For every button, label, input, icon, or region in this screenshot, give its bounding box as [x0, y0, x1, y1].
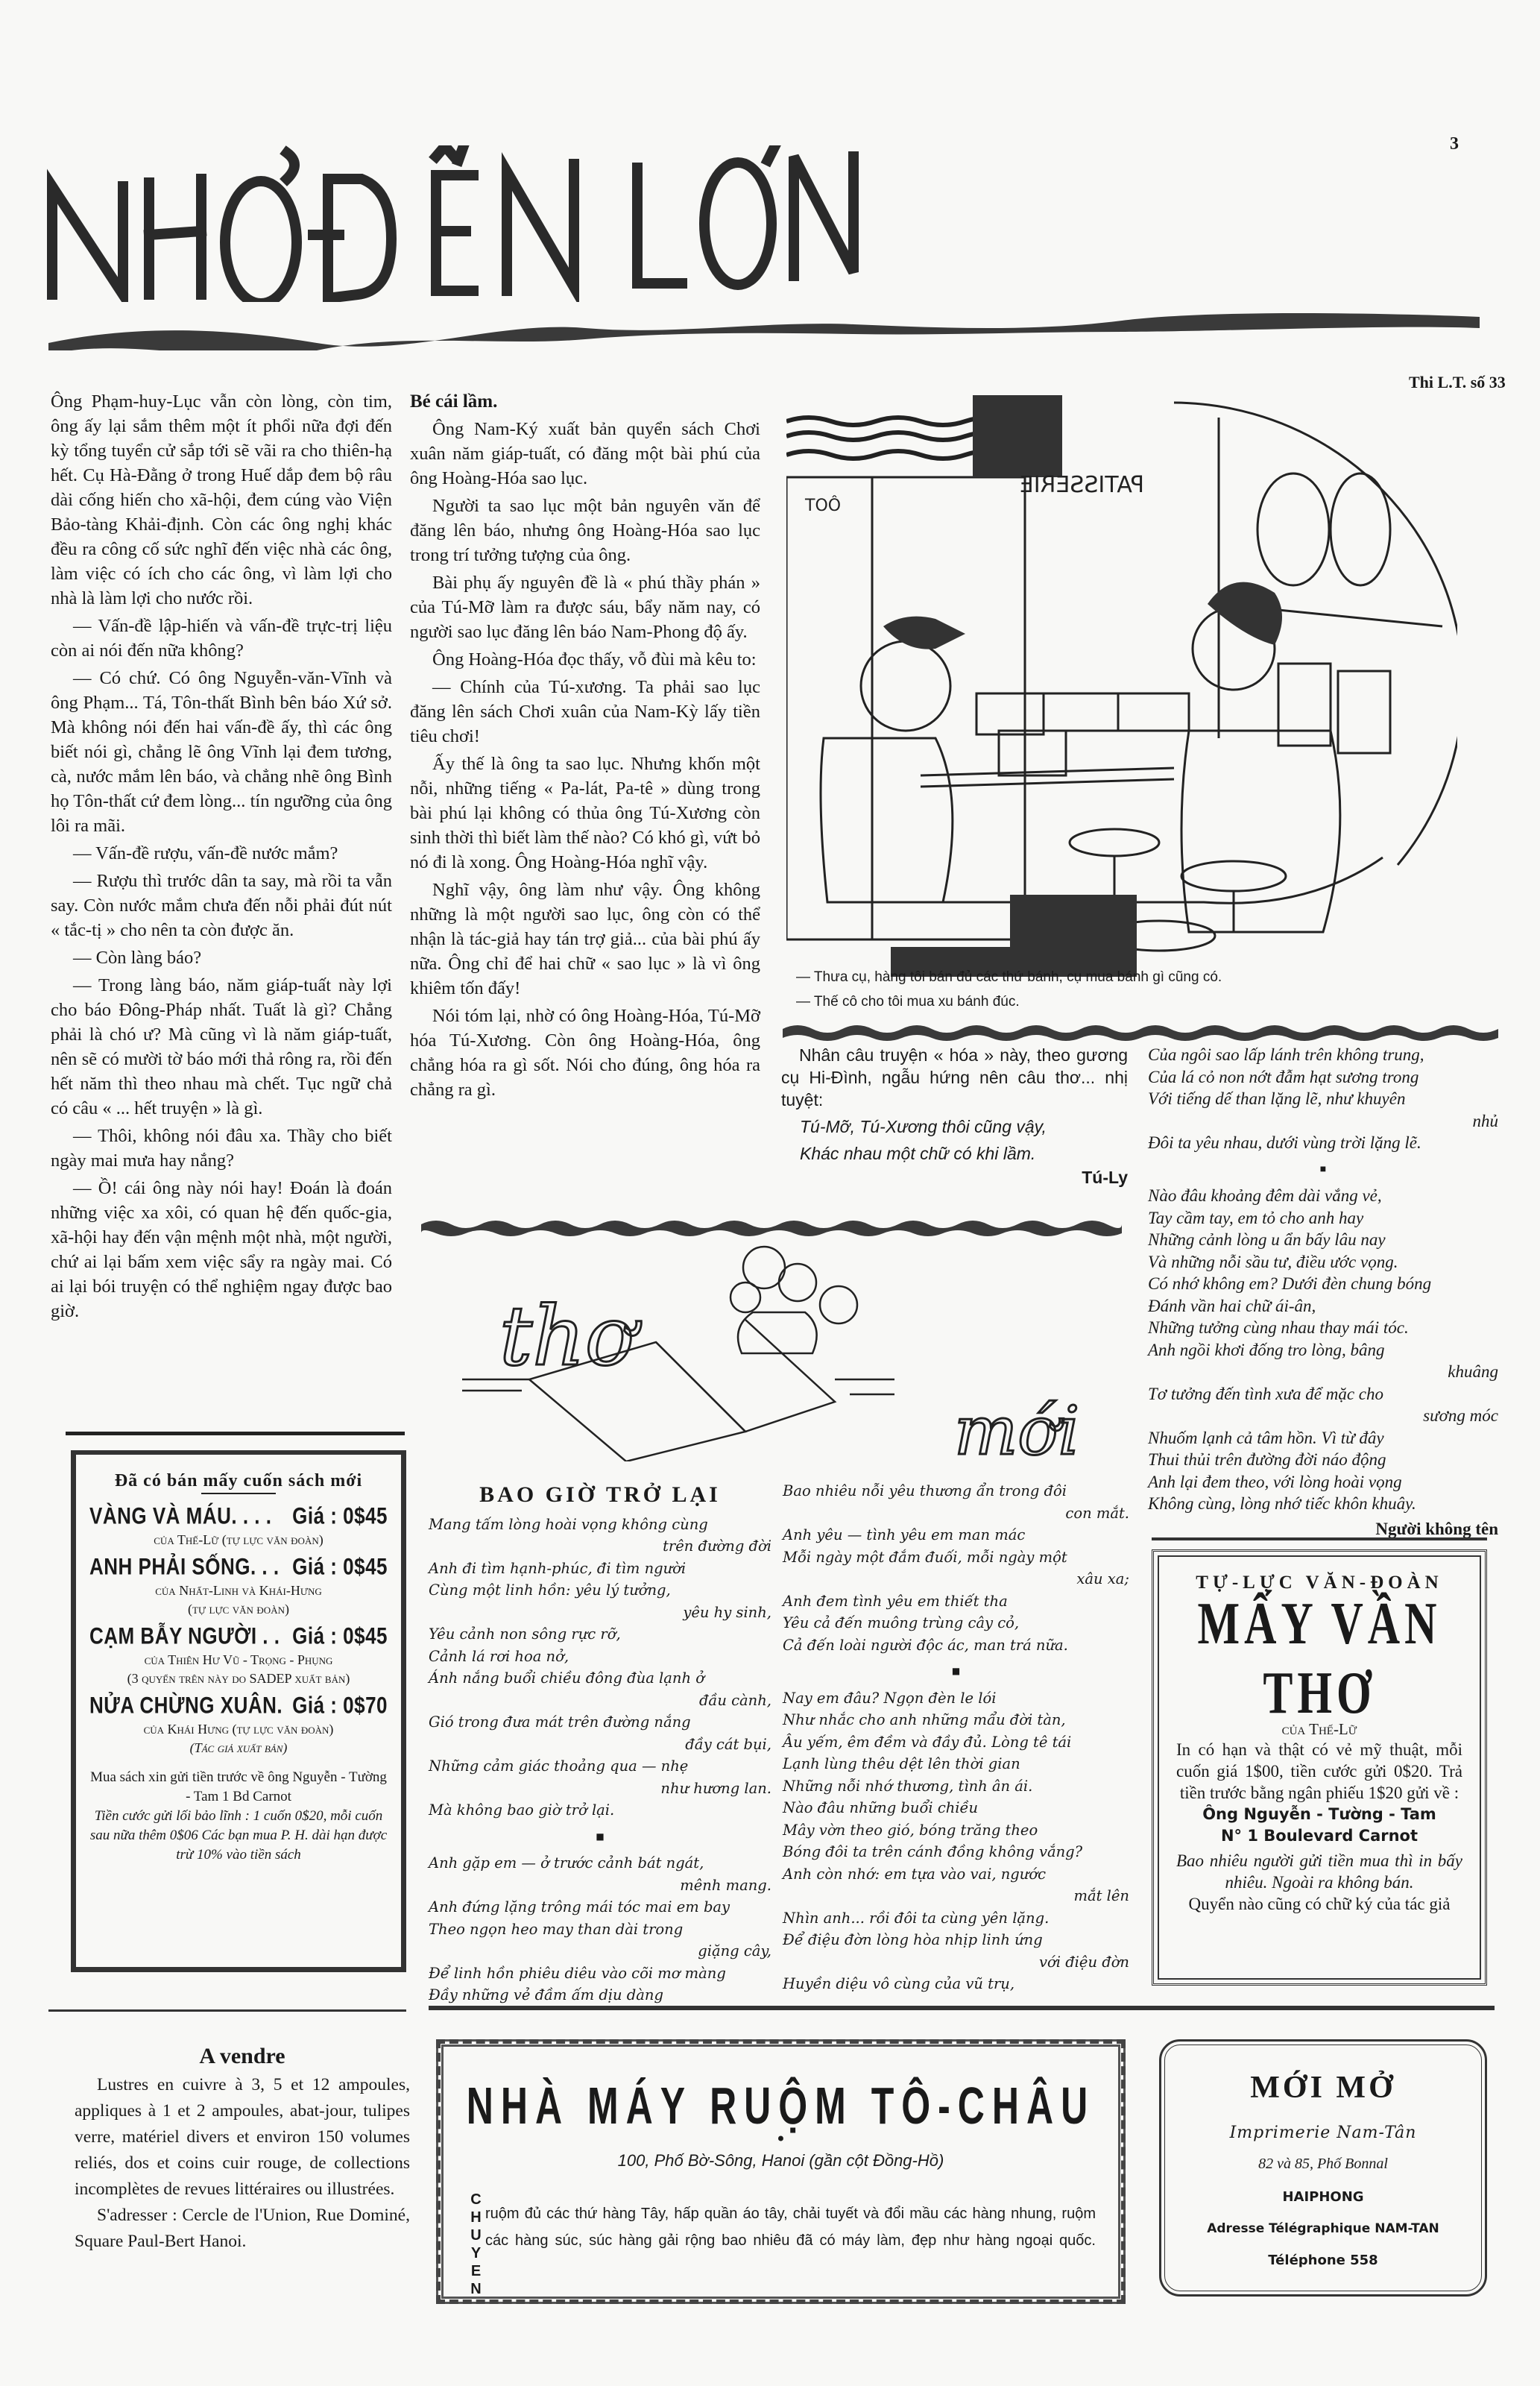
book-title: MẤY VẦN THƠ — [1176, 1589, 1462, 1728]
book-publisher: (Tác giả xuất bản) — [89, 1739, 388, 1757]
recipient-name: Ông Nguyễn - Tường - Tam — [1176, 1804, 1462, 1825]
book-price: Giá : 0$45 — [292, 1502, 388, 1530]
poem-line: Với tiếng dế than lặng lẽ, như khuyên — [1148, 1088, 1498, 1110]
ad-heading: Đã có bán mấy cuốn sách mới — [89, 1471, 388, 1491]
paragraph: — Vấn-đề rượu, vấn-đề nước mắm? — [51, 841, 392, 866]
stanza-separator: ■ — [783, 1661, 1129, 1683]
ad-title: MỚI MỞ — [1169, 2070, 1477, 2106]
poem-line: Âu yếm, êm đềm và đầy đủ. Lòng tê tái — [783, 1731, 1129, 1754]
poem-line: Của lá cỏ non nớt đẫm hạt sương trong — [1148, 1066, 1498, 1089]
poem-line: Bao nhiêu nỗi yêu thương ẩn trong đôi — [783, 1480, 1129, 1502]
poem-line: Anh yêu — tình yêu em man mác — [783, 1524, 1129, 1546]
paragraph: Ông Phạm-huy-Lục vẫn còn lòng, còn tim, … — [51, 389, 392, 611]
ad-address: 100, Phố Bờ-Sông, Hanoi (gần cột Đồng-Hồ… — [466, 2151, 1096, 2171]
classified-contact: S'adresser : Cercle de l'Union, Rue Domi… — [75, 2203, 410, 2255]
flower-vase-icon — [730, 1247, 857, 1353]
poem-line: Cùng một linh hồn: yêu lý tưởng, — [429, 1579, 771, 1602]
poem-line: Yêu cảnh non sông rực rỡ, — [429, 1623, 771, 1646]
poem-line-wrap: khuâng — [1148, 1361, 1498, 1383]
poem-line-wrap: mắt lên — [783, 1885, 1129, 1907]
poem-line: Những nỗi nhớ thương, tình ân ái. — [783, 1775, 1129, 1798]
poem-line: Và những nỗi sầu tư, điều ước vọng. — [1148, 1251, 1498, 1274]
poem-line: Bóng đôi ta trên cánh đồng không vắng? — [783, 1841, 1129, 1863]
poem-bao-gio-tro-lai: BAO GIỜ TRỞ LẠI Mang tấm lòng hoài vọng … — [429, 1484, 771, 2006]
book-publisher: (tự lực văn đoàn) — [89, 1600, 388, 1619]
section-divider — [48, 2009, 406, 2012]
order-note: Mua sách xin gửi tiền trước về ông Nguyễ… — [89, 1768, 388, 1807]
book-listing: ANH PHẢI SỐNG. . . Giá : 0$45 — [89, 1553, 388, 1581]
poem-line: Anh đứng lặng trông mái tóc mai em bay — [429, 1896, 771, 1918]
poem-line: Để linh hồn phiêu diêu vào cõi mơ màng — [429, 1962, 771, 1985]
wave-divider — [783, 1022, 1498, 1044]
paragraph: Ông Hoàng-Hóa đọc thấy, vỗ đùi mà kêu to… — [410, 647, 760, 672]
column-editorial: Ông Phạm-huy-Lục vẫn còn lòng, còn tim, … — [51, 389, 392, 1326]
poem-line: Đôi ta yêu nhau, dưới vùng trời lặng lẽ. — [1148, 1132, 1498, 1154]
telegraph-address: Adresse Télégraphique NAM-TAN — [1169, 2221, 1477, 2236]
poem-line: Đánh vần hai chữ ái-ân, — [1148, 1295, 1498, 1318]
paragraph: Nói tóm lại, nhờ có ông Hoàng-Hóa, Tú-Mỡ… — [410, 1004, 760, 1102]
paragraph: Nghĩ vậy, ông làm như vậy. Ông không nhữ… — [410, 878, 760, 1001]
book-advertisement: Đã có bán mấy cuốn sách mới VÀNG VÀ MÁU.… — [71, 1450, 406, 1972]
artist-signature: TOÔ — [804, 496, 841, 515]
poem-line: Những tưởng cùng nhau thay mái tóc. — [1148, 1317, 1498, 1339]
ornament-divider — [201, 1493, 276, 1497]
poem-line: Không cùng, lòng nhớ tiếc khôn khuây. — [1148, 1493, 1498, 1515]
column-divider — [66, 1432, 405, 1435]
book-listing: NỬA CHỪNG XUÂN. Giá : 0$70 — [89, 1692, 388, 1719]
poem-line-wrap: với điệu đờn — [783, 1951, 1129, 1974]
shop-sign-patisserie: PATISSERIE — [1020, 472, 1144, 498]
verse-line: Tú-Mỡ, Tú-Xương thôi cũng vậy, — [781, 1115, 1128, 1138]
poem-line: Lạnh lùng thêu dệt lên thời gian — [783, 1753, 1129, 1775]
poem-line: Mà không bao giờ trở lại. — [429, 1799, 771, 1822]
dye-factory-advertisement: NHÀ MÁY RUỘM TÔ-CHÂU • 100, Phố Bờ-Sông,… — [436, 2039, 1126, 2304]
poem-line: Như nhắc cho anh những mẩu đời tàn, — [783, 1709, 1129, 1731]
book-listing: VÀNG VÀ MÁU. . . . Giá : 0$45 — [89, 1502, 388, 1530]
book-price: Giá : 0$70 — [292, 1692, 388, 1719]
masthead-title-art — [41, 145, 1495, 302]
ad-body-wrap: CHUYEN ruộm đủ các thứ hàng Tây, hấp quầ… — [466, 2191, 1096, 2302]
poem-line-wrap: nhủ — [1148, 1110, 1498, 1133]
poem-line-wrap: đầy cát bụi, — [429, 1734, 771, 1756]
article-heading: Bé cái lầm. — [410, 389, 760, 414]
column-nhi-tuyet: Nhân câu truyện « hóa » này, theo gương … — [781, 1044, 1128, 1189]
poem-line: Cả đến loài người độc ác, man trá nữa. — [783, 1634, 1129, 1657]
book-title: CẠM BẪY NGƯỜI . . — [89, 1622, 280, 1650]
recipient-address: N° 1 Boulevard Carnot — [1176, 1825, 1462, 1847]
paragraph: — Thôi, không nói đâu xa. Thầy cho biết … — [51, 1124, 392, 1173]
printing-house-advertisement: MỚI MỞ Imprimerie Nam-Tân 82 và 85, Phố … — [1159, 2039, 1487, 2297]
poem-line: Anh lại đem theo, với lòng hoài vọng — [1148, 1471, 1498, 1493]
classified-body: Lustres en cuivre à 3, 5 et 12 ampoules,… — [75, 2072, 410, 2203]
poem-line: Ánh nắng buổi chiều đông đùa lạnh ở — [429, 1667, 771, 1690]
poem-line: Nay em đâu? Ngọn đèn le lói — [783, 1687, 1129, 1710]
poem-line-wrap: trên đường đời — [429, 1535, 771, 1558]
book-price: Giá : 0$45 — [292, 1622, 388, 1650]
book-title: VÀNG VÀ MÁU. . . . — [89, 1502, 271, 1530]
book-price: Giá : 0$45 — [292, 1553, 388, 1581]
poem-line: Những cảnh lòng u ẩn bấy lâu nay — [1148, 1229, 1498, 1251]
poem-line: Anh đem tình yêu em thiết tha — [783, 1590, 1129, 1613]
poem-line: Để điệu đờn lòng hòa nhịp linh ứng — [783, 1929, 1129, 1951]
stanza-separator: ■ — [429, 1826, 771, 1848]
poem-line: Yêu cả đến muông trùng cây cỏ, — [783, 1612, 1129, 1634]
paragraph: — Ồ! cái ông này nói hay! Đoán là đoán n… — [51, 1176, 392, 1323]
paragraph: Ấy thế là ông ta sao lục. Nhưng khốn một… — [410, 752, 760, 875]
poem-line: Huyền diệu vô cùng của vũ trụ, — [783, 1973, 1129, 1995]
poem-line-wrap: mênh mang. — [429, 1875, 771, 1897]
stanza-separator: ■ — [1148, 1159, 1498, 1181]
may-van-tho-advertisement: TỰ-LỰC VĂN-ĐOÀN MẤY VẦN THƠ của Thế-Lữ I… — [1152, 1549, 1487, 1986]
poem-line: Đầy những vẻ đầm ấm dịu dàng — [429, 1984, 771, 2006]
poem-line: Theo ngọn heo may than dài trong — [429, 1918, 771, 1941]
street-address: 82 và 85, Phố Bonnal — [1169, 2156, 1477, 2173]
paragraph: Bài phụ ấy nguyên đề là « phú thầy phán … — [410, 570, 760, 644]
poem-right-column: Của ngôi sao lấp lánh trên không trung, … — [1148, 1044, 1498, 1540]
poem-line-wrap: giặng cây, — [429, 1940, 771, 1962]
paragraph: Nhân câu truyện « hóa » này, theo gương … — [781, 1044, 1128, 1111]
poem-line-wrap: sương móc — [1148, 1405, 1498, 1427]
city: HAIPHONG — [1169, 2189, 1477, 2205]
poem-line: Mỗi ngày một đắm đuối, mỗi ngày một — [783, 1546, 1129, 1569]
poem-line: Có nhớ không em? Dưới đèn chung bóng — [1148, 1273, 1498, 1295]
vertical-label-text: CHUYEN — [468, 2191, 484, 2299]
book-listing: CẠM BẪY NGƯỜI . . Giá : 0$45 — [89, 1622, 388, 1650]
a-vendre-classified: A vendre Lustres en cuivre à 3, 5 et 12 … — [75, 2043, 410, 2255]
poem-line: Nào đâu những buổi chiều — [783, 1797, 1129, 1819]
author-signature: Tú-Ly — [781, 1166, 1128, 1189]
section-divider — [429, 2006, 1495, 2010]
poem-line: Anh gặp em — ở trước cảnh bát ngát, — [429, 1852, 771, 1875]
poetry-section-banner: thơ mới — [432, 1238, 1133, 1461]
poem-line-wrap: đầu cành, — [429, 1690, 771, 1712]
paragraph: — Có chứ. Có ông Nguyễn-văn-Vĩnh và ông … — [51, 666, 392, 838]
poem-line: Nào đâu khoảng đêm dài vắng vẻ, — [1148, 1185, 1498, 1207]
poem-line: Tơ tưởng đến tình xưa để mặc cho — [1148, 1383, 1498, 1406]
paragraph: Ông Nam-Ký xuất bản quyển sách Chơi xuân… — [410, 417, 760, 491]
book-author: của Nhất-Linh và Khái-Hưng — [89, 1581, 388, 1600]
pastry-shop-cartoon: PATISSERIE TOÔ — [786, 380, 1457, 977]
author-signature: Người không tên — [1148, 1518, 1498, 1540]
poem-line: Nhìn anh... rồi đôi ta cùng yên lặng. — [783, 1907, 1129, 1930]
poem-line: Anh đi tìm hạnh-phúc, đi tìm người — [429, 1558, 771, 1580]
poem-line: Gió trong đưa mát trên đường nắng — [429, 1711, 771, 1734]
telephone: Téléphone 558 — [1169, 2253, 1477, 2268]
postage-note: Tiền cước gửi lối bảo lĩnh : 1 cuốn 0$20… — [89, 1807, 388, 1865]
ad-note: Bao nhiêu người gửi tiền mua thì in bấy … — [1176, 1850, 1462, 1893]
poem-line: Nhuốm lạnh cả tâm hồn. Vì từ đây — [1148, 1427, 1498, 1449]
vertical-label: CHUYEN — [466, 2191, 485, 2302]
verse-line: Khác nhau một chữ có khi lầm. — [781, 1142, 1128, 1165]
company-name: Imprimerie Nam-Tân — [1169, 2124, 1477, 2142]
banner-word-tho: thơ — [499, 1288, 642, 1384]
poem-line: Cảnh lá rơi hoa nở, — [429, 1646, 771, 1668]
book-publisher: (3 quyển trên này do SADEP xuất bản) — [89, 1669, 388, 1688]
poem-line: Thui thủi trên đường đời náo động — [1148, 1449, 1498, 1471]
paragraph: — Rượu thì trước dân ta say, mà rồi ta v… — [51, 869, 392, 942]
book-author: của Thế-Lữ (tự lực văn đoàn) — [89, 1531, 388, 1549]
book-author: của Khái Hưng (tự lực văn đoàn) — [89, 1720, 388, 1739]
poem-line: Những cảm giác thoảng qua — nhẹ — [429, 1755, 771, 1778]
ad-divider — [1152, 1537, 1487, 1540]
poem-middle-column: Bao nhiêu nỗi yêu thương ẩn trong đôi co… — [783, 1480, 1129, 1995]
ad-body: ruộm đủ các thứ hàng Tây, hấp quần áo tâ… — [485, 2191, 1096, 2302]
wave-divider — [421, 1215, 1122, 1239]
cartoon-caption: — Thưa cụ, hàng tôi bán đủ các thứ bánh,… — [796, 969, 1222, 986]
book-title: ANH PHẢI SỐNG. . . — [89, 1553, 280, 1581]
classified-heading: A vendre — [75, 2043, 410, 2069]
paragraph: Người ta sao lục một bản nguyên văn để đ… — [410, 494, 760, 567]
poem-line-wrap: xâu xa; — [783, 1568, 1129, 1590]
poem-line: Tay cầm tay, em tỏ cho anh hay — [1148, 1207, 1498, 1230]
masthead — [41, 145, 1495, 302]
signature-note: Quyển nào cũng có chữ ký của tác giả — [1176, 1893, 1462, 1915]
cartoon-caption: — Thế cô cho tôi mua xu bánh đúc. — [796, 994, 1020, 1010]
book-author: của Thiên Hư Vũ - Trọng - Phụng — [89, 1651, 388, 1669]
poem-line: Mây vờn theo gió, bóng trăng theo — [783, 1819, 1129, 1842]
banner-word-moi: mới — [954, 1392, 1079, 1461]
poem-title: BAO GIỜ TRỞ LẠI — [429, 1484, 771, 1506]
ad-title: NHÀ MÁY RUỘM TÔ-CHÂU — [466, 2075, 1096, 2135]
poem-line-wrap: yêu hy sinh, — [429, 1602, 771, 1624]
column-be-cai-lam: Bé cái lầm. Ông Nam-Ký xuất bản quyển sá… — [410, 389, 760, 1105]
poem-line: Của ngôi sao lấp lánh trên không trung, — [1148, 1044, 1498, 1066]
paragraph: — Vấn-đề lập-hiến và vấn-đề trực-trị liệ… — [51, 614, 392, 663]
poem-line: Mang tấm lòng hoài vọng không cùng — [429, 1514, 771, 1536]
paragraph: — Chính của Tú-xương. Ta phải sao lục đă… — [410, 675, 760, 749]
poem-line: Anh ngồi khơi đống tro lòng, bâng — [1148, 1339, 1498, 1362]
ad-body: In có hạn và thật có vẻ mỹ thuật, mỗi cu… — [1176, 1739, 1462, 1804]
paragraph: — Còn làng báo? — [51, 945, 392, 970]
poem-line-wrap: con mắt. — [783, 1502, 1129, 1525]
poem-line: Anh còn nhớ: em tựa vào vai, ngước — [783, 1863, 1129, 1886]
paragraph: — Trong làng báo, năm giáp-tuất này lợi … — [51, 973, 392, 1121]
poem-line-wrap: như hương lan. — [429, 1778, 771, 1800]
masthead-wave-divider — [48, 313, 1480, 350]
cartoon-illustration: PATISSERIE TOÔ — [786, 380, 1457, 977]
book-title: NỬA CHỪNG XUÂN. — [89, 1692, 283, 1719]
